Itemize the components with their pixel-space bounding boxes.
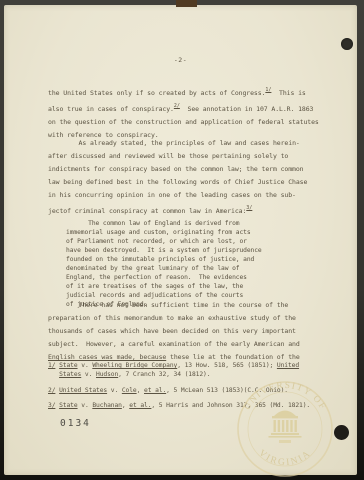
footnote-1: 1/ State v. Wheeling Bridge Company, 13 … <box>48 361 348 379</box>
paragraph-1: the United States only if so created by … <box>48 84 340 142</box>
seal-bottom-text: VIRGINIA <box>256 448 313 468</box>
archive-stamp: 0134 <box>60 418 91 429</box>
page-number: -2- <box>4 56 357 64</box>
paragraph-3: There has not been sufficient time in th… <box>48 299 340 364</box>
university-seal-watermark: UNIVERSITY OF VIRGINIA <box>235 379 335 479</box>
paper-page: -2- the United States only if so created… <box>4 5 357 475</box>
scan-notch <box>176 0 197 7</box>
punch-hole-top <box>341 38 353 50</box>
rotunda-icon <box>269 411 302 444</box>
block-quote: The common law of England is derived fro… <box>66 219 296 309</box>
svg-text:VIRGINIA: VIRGINIA <box>256 448 313 468</box>
punch-hole-bottom <box>334 425 349 440</box>
paragraph-2: As already stated, the principles of law… <box>48 137 340 218</box>
